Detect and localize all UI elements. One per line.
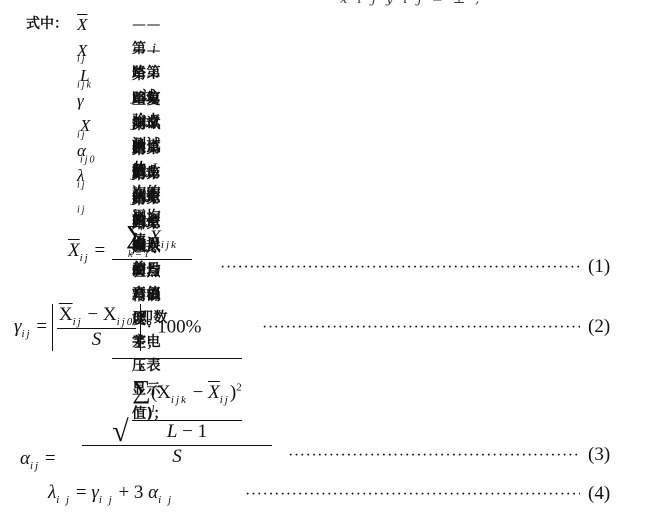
equation-number-1: (1) <box>588 256 610 278</box>
equation-4: λi j = γi j + 3 αi j <box>48 482 173 506</box>
leader-dots-3: ········································… <box>288 447 580 465</box>
definition-symbol: λ ij <box>77 164 87 222</box>
equation-2: γij = Xij − Xij0 S · 100% <box>14 304 201 351</box>
equation-number-2: (2) <box>588 316 610 338</box>
leader-dots-4: ········································… <box>245 486 580 504</box>
cut-off-line: x i j y i j = ⊥ , <box>340 0 482 7</box>
equation-number-4: (4) <box>588 483 610 505</box>
lead-label: 式中： <box>26 13 68 33</box>
equation-1: Xij = ∑Lk = 1 Xijk L <box>68 222 192 282</box>
leader-dots-2: ········································… <box>262 319 580 337</box>
equation-number-3: (3) <box>588 444 610 466</box>
leader-dots-1: ········································… <box>220 259 580 277</box>
definition-symbol: L <box>80 64 89 88</box>
